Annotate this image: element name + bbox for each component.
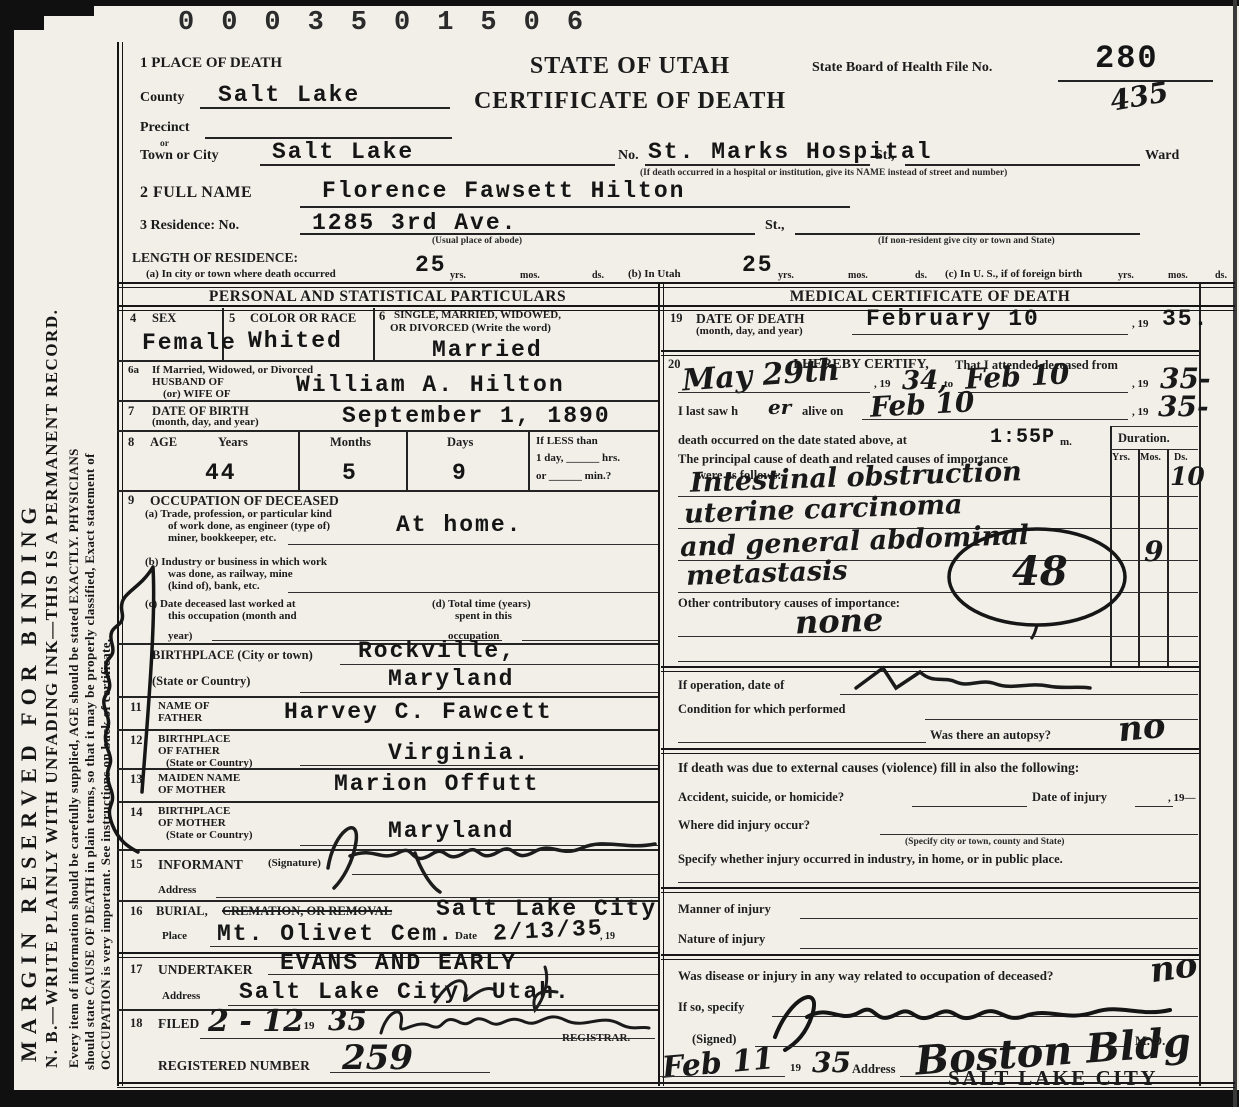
dod-sub-label: (month, day, and year): [696, 325, 803, 337]
manner-of-injury-label: Manner of injury: [678, 902, 771, 917]
spouse-label: If Married, Widowed, or Divorced: [152, 364, 313, 376]
informant-address-label: Address: [158, 884, 196, 896]
burial-place-value: Mt. Olivet Cem.: [217, 921, 454, 947]
occupation-a3: miner, bookkeeper, etc.: [168, 532, 276, 544]
specify-injury-label: Specify whether injury occurred in indus…: [678, 852, 1063, 867]
duration-header-rule: [1110, 449, 1198, 450]
registered-number-line: [330, 1072, 490, 1073]
institution-no-label: No.: [618, 148, 639, 164]
file-no-value: 280: [1095, 40, 1159, 77]
burial-line: [210, 946, 658, 947]
age-label: AGE: [150, 435, 177, 450]
duration-col2-line: [1167, 449, 1169, 666]
sex-value: Female: [142, 330, 237, 356]
column-divider: [658, 283, 664, 1086]
precinct-label: Precinct: [140, 120, 190, 136]
age-years-label: Years: [218, 435, 248, 450]
filed-year-value: 35: [328, 1004, 367, 1037]
birthplace-state-line: [300, 692, 658, 693]
row6a-rule: [117, 400, 658, 402]
residence-st-line: [795, 233, 1140, 235]
signed-year-value: 35: [812, 1046, 851, 1079]
town-line: [260, 164, 615, 166]
sex-num: 4: [130, 311, 136, 326]
signed-date-line: [660, 1076, 785, 1077]
length-a-value: 25: [415, 252, 447, 278]
filed-day-value: 2 - 12: [208, 1004, 304, 1039]
scan-edge-top: [0, 0, 1239, 6]
from-19-label: , 19: [874, 378, 891, 390]
occupation-b-line: [288, 592, 658, 593]
saw-19-label: , 19: [1132, 406, 1149, 418]
race-label: COLOR OR RACE: [250, 311, 356, 326]
age-col2-divider: [406, 432, 408, 490]
birthplace-state-value: Maryland: [388, 666, 514, 692]
margin-note-cause: should state CAUSE OF DEATH in plain ter…: [82, 453, 98, 1070]
row10-rule: [117, 696, 658, 698]
occupation-b2: was done, as railway, mine: [168, 568, 293, 580]
serial-number: 0003501506: [178, 8, 610, 38]
length-c-ds: ds.: [1215, 270, 1227, 281]
dod-year-value: 35.: [1162, 306, 1209, 332]
signed-date-value: Feb 11: [661, 1041, 776, 1086]
nature-of-injury-label: Nature of injury: [678, 932, 765, 947]
spouse-value: William A. Hilton: [296, 372, 565, 398]
row4-rule: [117, 360, 658, 362]
where-injury-label: Where did injury occur?: [678, 818, 810, 833]
length-a-mos: mos.: [520, 270, 540, 281]
informant-signature: [320, 808, 665, 893]
age-days-label: Days: [447, 435, 473, 450]
race-marital-divider: [373, 308, 375, 360]
burial-num: 16: [130, 904, 143, 919]
right-section-title: MEDICAL CERTIFICATE OF DEATH: [661, 288, 1199, 306]
filed-num: 18: [130, 1016, 143, 1031]
residence-line: [300, 233, 755, 235]
age-days-value: 9: [452, 460, 468, 486]
father-bp-value: Virginia.: [388, 740, 530, 766]
scan-edge-bottom: [0, 1090, 1239, 1107]
scan-edge-right: [1233, 0, 1237, 1107]
signed-address-label: Address: [852, 1062, 896, 1077]
certify-num: 20: [668, 357, 681, 372]
occupation-a1: (a) Trade, profession, or particular kin…: [145, 508, 332, 520]
age-years-value: 44: [205, 460, 237, 486]
attended-to-line: [958, 392, 1128, 393]
sex-label: SEX: [152, 311, 176, 326]
death-time-value: 1:55P: [990, 426, 1055, 449]
salt-lake-city-stamp: SALT LAKE CITY: [948, 1066, 1158, 1091]
occupation-c2: this occupation (month and: [168, 610, 297, 622]
dob-num: 7: [128, 404, 134, 419]
occupation-label: OCCUPATION OF DECEASED: [150, 493, 339, 509]
length-c-yrs: yrs.: [1118, 270, 1134, 281]
age-months-label: Months: [330, 435, 371, 450]
length-a-ds: ds.: [592, 270, 604, 281]
length-c-label: (c) In U. S., if of foreign birth: [945, 268, 1082, 280]
undertaker-address-label: Address: [162, 990, 200, 1002]
age-less-2: 1 day, ______ hrs.: [536, 452, 620, 464]
institution-line: [645, 164, 870, 166]
occupation-d2: spent in this: [455, 610, 512, 622]
abode-note: (Usual place of abode): [432, 236, 522, 246]
marital-num: 6: [379, 309, 385, 324]
length-b-value: 25: [742, 252, 774, 278]
dod-value: February 10: [866, 306, 1040, 332]
dob-value: September 1, 1890: [342, 403, 611, 429]
burial-label: BURIAL,: [156, 904, 208, 919]
institution-st-label: St.,: [875, 148, 894, 164]
condition-label: Condition for which performed: [678, 702, 845, 717]
burial-struck-label: CREMATION, OR REMOVAL: [222, 904, 392, 919]
dod-line: [852, 334, 1128, 335]
age-num: 8: [128, 435, 134, 450]
dod-num: 19: [670, 311, 683, 326]
father-value: Harvey C. Fawcett: [284, 699, 553, 725]
duration-mos-label: Mos.: [1140, 452, 1161, 463]
duration-label: Duration.: [1118, 431, 1170, 446]
signed-19-label: 19: [790, 1062, 801, 1074]
age-months-value: 5: [342, 460, 358, 486]
row11-rule: [117, 729, 658, 731]
accident-label: Accident, suicide, or homicide?: [678, 790, 844, 805]
last-saw-line: [862, 419, 1128, 420]
occupation-num: 9: [128, 493, 134, 508]
county-label: County: [140, 90, 184, 106]
state-title: STATE OF UTAH: [455, 53, 805, 80]
marital-label-1: SINGLE, MARRIED, WIDOWED,: [394, 309, 561, 321]
row8-rule: [117, 490, 658, 492]
length-b-mos: mos.: [848, 270, 868, 281]
left-section-title: PERSONAL AND STATISTICAL PARTICULARS: [117, 288, 658, 306]
father-bp-line: [300, 765, 658, 766]
file-no-label: State Board of Health File No.: [812, 60, 992, 76]
birthplace-city-value: Rockville,: [358, 638, 516, 664]
specify-injury-line: [678, 882, 1198, 883]
residence-label: 3 Residence: No.: [140, 218, 239, 234]
operation-line: [840, 694, 1198, 695]
town-value: Salt Lake: [272, 139, 414, 165]
mother-bp-label-3: (State or Country): [166, 829, 253, 841]
burial-place-label: Place: [162, 930, 187, 942]
margin-scribble: [98, 562, 178, 862]
occupation-d-line: [522, 640, 658, 641]
operation-date-scribble: [848, 658, 1098, 698]
institution-st-line: [905, 164, 1140, 166]
manner-of-injury-line: [800, 918, 1198, 919]
fullname-line: [300, 206, 850, 208]
spouse-label-2: HUSBAND OF: [152, 376, 224, 388]
attended-to-value: Feb 10: [964, 357, 1070, 395]
nature-section-rule: [661, 954, 1199, 960]
dob-sub-label: (month, day, and year): [152, 416, 259, 428]
duration-top-rule: [1110, 426, 1198, 427]
saw-year-value: 35-: [1158, 390, 1209, 423]
row7-rule: [117, 430, 658, 432]
spouse-num: 6a: [128, 364, 139, 376]
registered-number-label: REGISTERED NUMBER: [158, 1058, 310, 1074]
last-saw-er: er: [768, 395, 791, 419]
length-b-ds: ds.: [915, 270, 927, 281]
injury-section-rule: [661, 887, 1199, 893]
where-injury-line: [880, 834, 1198, 835]
length-b-yrs: yrs.: [778, 270, 794, 281]
burial-date-value: 2/13/35: [492, 915, 604, 947]
birthplace-city-line: [340, 664, 658, 665]
county-value: Salt Lake: [218, 82, 360, 108]
dod-19-label: , 19: [1132, 318, 1149, 330]
occupation-a2: of work done, as engineer (type of): [168, 520, 330, 532]
nonresident-note: (If non-resident give city or town and S…: [878, 236, 1055, 246]
filed-line: [200, 1038, 655, 1039]
occupation-d1: (d) Total time (years): [432, 598, 531, 610]
filed-19-label: , 19: [298, 1020, 315, 1032]
institution-note: (If death occurred in a hospital or inst…: [640, 168, 1007, 178]
mother-value: Marion Offutt: [334, 771, 539, 797]
date-of-injury-19: , 19—: [1168, 792, 1196, 804]
where-injury-note: (Specify city or town, county and State): [905, 837, 1064, 847]
if-so-specify-label: If so, specify: [678, 1000, 744, 1015]
burial-date-label: Date: [455, 930, 477, 942]
age-less-1: If LESS than: [536, 435, 598, 447]
cause-4-duration-months: 9: [1144, 535, 1163, 568]
accident-line: [912, 806, 1027, 807]
attended-from-line: [678, 392, 870, 393]
duration-yrs-label: Yrs.: [1112, 452, 1130, 463]
cause-1-duration-days: 10: [1170, 462, 1205, 491]
occupation-b3: (kind of), bank, etc.: [168, 580, 260, 592]
row13-rule: [117, 801, 658, 803]
length-a-yrs: yrs.: [450, 270, 466, 281]
circled-48-value: 48: [1012, 548, 1068, 595]
undertaker-num: 17: [130, 962, 143, 977]
age-col1-divider: [298, 432, 300, 490]
autopsy-section-rule: [661, 748, 1199, 754]
filed-label: FILED: [158, 1016, 199, 1032]
row19-rule: [661, 350, 1199, 356]
scan-corner-blob2: [14, 16, 44, 30]
fullname-label: 2 FULL NAME: [140, 184, 252, 202]
place-of-death-label: 1 PLACE OF DEATH: [140, 55, 282, 72]
contributory-rule-1: [678, 636, 1198, 637]
race-value: Whited: [248, 328, 343, 354]
age-less-3: or ______ min.?: [536, 470, 611, 482]
ward-label: Ward: [1145, 148, 1179, 164]
margin-note-supplied: Every item of information should be care…: [66, 448, 82, 1068]
scan-edge-left: [0, 0, 14, 1107]
length-a-label: (a) In city or town where death occurred: [146, 268, 336, 280]
to-19-label: , 19: [1132, 378, 1149, 390]
age-col3-divider: [528, 432, 530, 490]
alive-on-label: alive on: [802, 404, 843, 419]
death-occurred-label: death occurred on the date stated above,…: [678, 433, 907, 448]
row12-rule: [117, 768, 658, 770]
condition-line-2: [678, 742, 926, 743]
date-of-injury-line: [1135, 806, 1173, 807]
spouse-label-3: (or) WIFE OF: [163, 388, 231, 400]
race-num: 5: [229, 311, 235, 326]
last-saw-date-value: Feb 10: [869, 385, 975, 423]
date-of-injury-label: Date of injury: [1032, 790, 1107, 805]
duration-col1-line: [1138, 449, 1140, 666]
burial-19-label: , 19: [600, 931, 615, 942]
occupation-a-line: [288, 544, 658, 545]
certificate-title: CERTIFICATE OF DEATH: [455, 88, 805, 115]
length-b-label: (b) In Utah: [628, 268, 681, 280]
autopsy-value: no: [1116, 706, 1167, 751]
county-line: [200, 107, 450, 109]
death-m-label: m.: [1060, 436, 1072, 448]
town-label: Town or City: [140, 148, 219, 164]
external-causes-label: If death was due to external causes (vio…: [678, 760, 1079, 776]
length-residence-label: LENGTH OF RESIDENCE:: [132, 250, 298, 266]
margin-note-permanent-record: N. B.—WRITE PLAINLY WITH UNFADING INK—TH…: [42, 309, 62, 1068]
nature-of-injury-line: [800, 948, 1198, 949]
residence-st-label: St.,: [765, 218, 784, 234]
operation-label: If operation, date of: [678, 678, 784, 693]
informant-sub-label: (Signature): [268, 857, 321, 869]
length-c-mos: mos.: [1168, 270, 1188, 281]
autopsy-label: Was there an autopsy?: [930, 728, 1051, 743]
undertaker-label: UNDERTAKER: [158, 962, 253, 978]
last-saw-label: I last saw h: [678, 404, 738, 419]
occupation-a-value: At home.: [396, 512, 522, 538]
death-certificate-scan: MARGIN RESERVED FOR BINDING N. B.—WRITE …: [0, 0, 1239, 1107]
cause-line-4: metastasis: [686, 555, 849, 592]
scan-corner-blob: [14, 0, 94, 16]
marital-label-2: OR DIVORCED (Write the word): [390, 322, 551, 334]
fullname-value: Florence Fawsett Hilton: [322, 178, 685, 204]
margin-note-binding: MARGIN RESERVED FOR BINDING: [16, 500, 42, 1062]
